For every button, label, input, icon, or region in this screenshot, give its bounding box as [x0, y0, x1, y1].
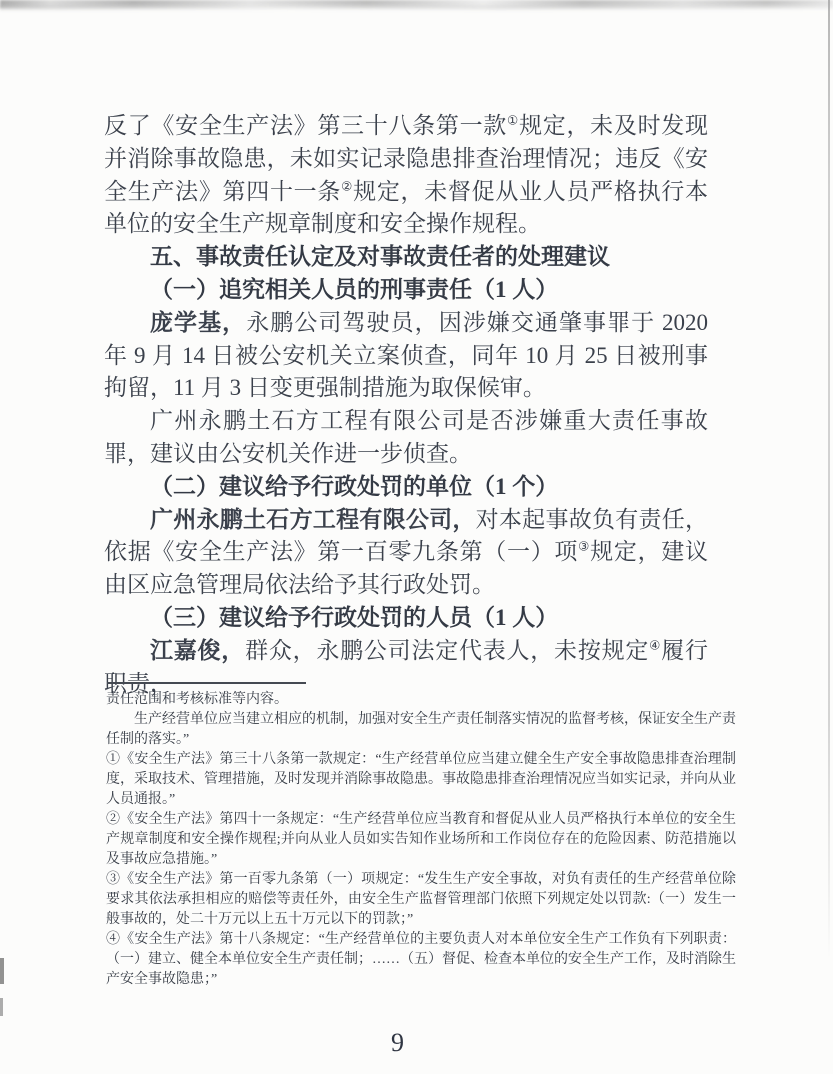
section-heading: （三）建议给予行政处罚的人员（1 人） — [104, 602, 708, 635]
scan-artifact-right-line — [828, 0, 830, 960]
document-page: 反了《安全生产法》第三十八条第一款①规定，未及时发现并消除事故隐患，未如实记录隐… — [0, 0, 833, 1074]
footnotes-block: 责任范围和考核标准等内容。生产经营单位应当建立相应的机制，加强对安全生产责任制落… — [106, 690, 736, 990]
footnote-paragraph: ③《安全生产法》第一百零九条第（一）项规定：“发生生产安全事故，对负有责任的生产… — [106, 870, 736, 930]
footnote-paragraph: ①《安全生产法》第三十八条第一款规定：“生产经营单位应当建立健全生产安全事故隐患… — [106, 750, 736, 810]
scan-artifact-top-band-light — [0, 5, 833, 10]
body-paragraph: 广州永鹏土石方工程有限公司，对本起事故负有责任，依据《安全生产法》第一百零九条第… — [104, 504, 708, 602]
body-paragraph: 广州永鹏土石方工程有限公司是否涉嫌重大责任事故罪，建议由公安机关作进一步侦查。 — [104, 405, 708, 471]
page-number: 9 — [0, 1028, 814, 1058]
person-or-company-name: 广州永鹏土石方工程有限公司， — [150, 507, 476, 532]
footnote-reference: ③ — [578, 540, 590, 554]
footnote-paragraph: ②《安全生产法》第四十一条规定：“生产经营单位应当教育和督促从业人员严格执行本单… — [106, 810, 736, 870]
body-paragraph: 反了《安全生产法》第三十八条第一款①规定，未及时发现并消除事故隐患，未如实记录隐… — [104, 110, 708, 241]
footnote-separator — [107, 682, 306, 684]
footnote-reference: ② — [341, 179, 353, 193]
footnote-paragraph: ④《安全生产法》第十八条规定：“生产经营单位的主要负责人对本单位安全生产工作负有… — [106, 930, 736, 990]
footnote-paragraph: 责任范围和考核标准等内容。 — [106, 690, 736, 710]
scan-artifact-left-mark — [0, 958, 4, 984]
footnote-paragraph: 生产经营单位应当建立相应的机制，加强对安全生产责任制落实情况的监督考核，保证安全… — [106, 710, 736, 750]
section-heading: 五、事故责任认定及对事故责任者的处理建议 — [104, 241, 708, 274]
section-heading: （二）建议给予行政处罚的单位（1 个） — [104, 471, 708, 504]
person-or-company-name: 庞学基， — [150, 310, 246, 335]
footnote-reference: ① — [507, 113, 519, 127]
scan-artifact-left-mark — [0, 998, 3, 1016]
section-heading: （一）追究相关人员的刑事责任（1 人） — [104, 274, 708, 307]
person-or-company-name: 江嘉俊， — [150, 638, 245, 663]
footnote-reference: ④ — [649, 638, 661, 652]
body-paragraph: 庞学基，永鹏公司驾驶员，因涉嫌交通肇事罪于 2020 年 9 月 14 日被公安… — [104, 307, 708, 405]
main-text-block: 反了《安全生产法》第三十八条第一款①规定，未及时发现并消除事故隐患，未如实记录隐… — [104, 110, 708, 700]
